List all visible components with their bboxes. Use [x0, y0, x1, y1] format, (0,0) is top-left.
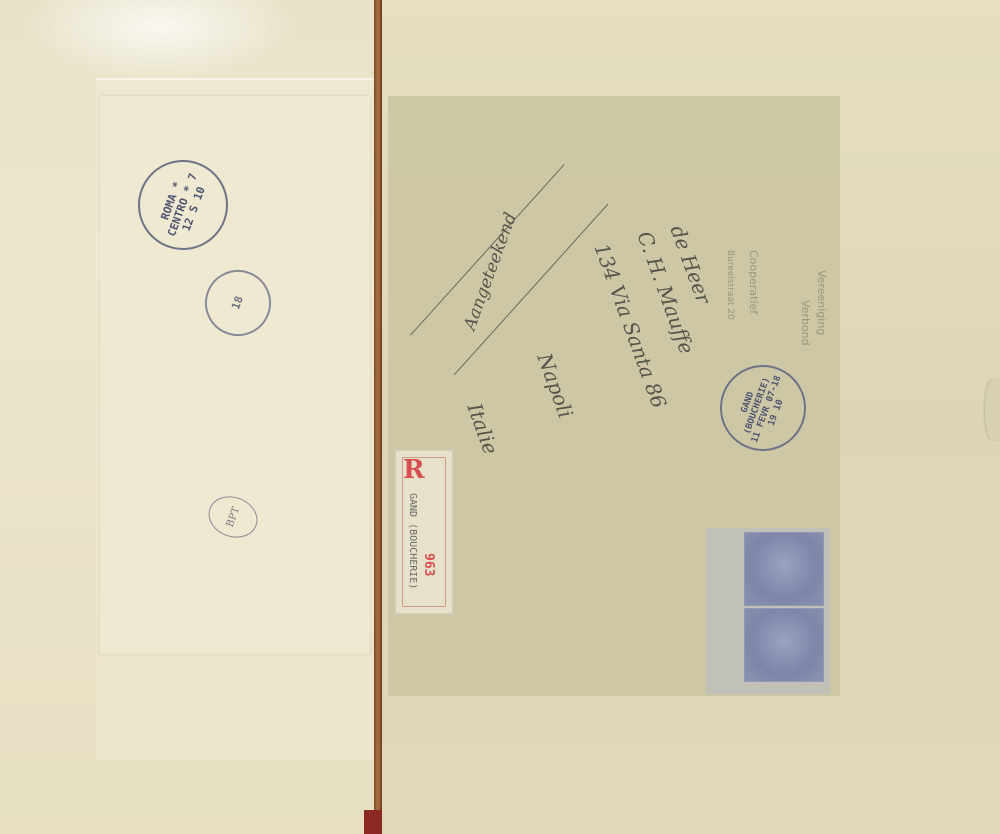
printed-sender-3: Cooperatief [747, 250, 760, 314]
left-envelope [100, 96, 370, 654]
gand-postmark-text: GAND (BOUCHERIE)11 FEVR 07-1819 10 [730, 363, 795, 454]
postage-stamp-2 [744, 608, 824, 682]
secondary-postmark-text: 18 [230, 295, 246, 312]
printed-sender-4: Bureelstraat 20 [725, 250, 735, 320]
oval-mark-text: BPT [224, 505, 241, 528]
roma-postmark-text: ROMA * CENTRO * 7 12 S 10 [151, 158, 215, 251]
registration-number: 963 [421, 553, 436, 576]
sleeve-edge [985, 380, 1000, 440]
sleeve-glare [20, 0, 300, 85]
printed-sender-1: Vereeniging [815, 270, 828, 335]
album-spine [374, 0, 382, 834]
registration-letter: R [403, 455, 425, 485]
registration-label: R GAND (BOUCHERIE) 963 [395, 450, 453, 614]
printed-sender-2: Verbond [799, 300, 812, 346]
registration-office: GAND (BOUCHERIE) [407, 493, 418, 589]
postage-stamp-1 [744, 532, 824, 606]
